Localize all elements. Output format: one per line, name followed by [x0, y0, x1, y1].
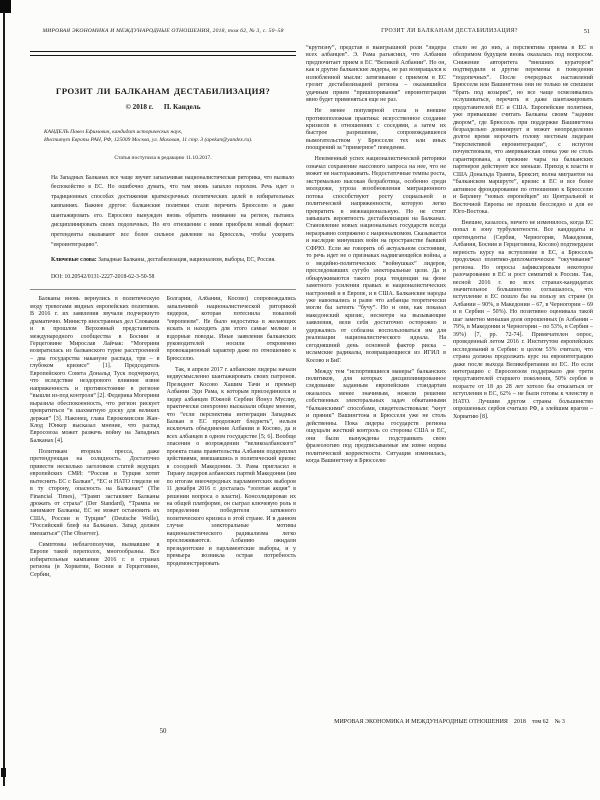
- body-paragraph: Политикам вторила пресса, даже претендую…: [30, 449, 160, 538]
- double-rule: [30, 51, 296, 56]
- scan-artifact-edge-blob: [1, 768, 6, 777]
- keywords-text: Западные Балканы, дестабилизация, национ…: [97, 257, 276, 263]
- received-date-line: Статья поступила в редакцию 11.10.2017.: [30, 155, 296, 161]
- running-head-left: МИРОВАЯ ЭКОНОМИКА И МЕЖДУНАРОДНЫЕ ОТНОШЕ…: [30, 28, 296, 34]
- journal-footer: МИРОВАЯ ЭКОНОМИКА И МЕЖДУНАРОДНЫЕ ОТНОШЕ…: [306, 719, 593, 725]
- page-51: ГРОЗИТ ЛИ БАЛКАНАМ ДЕСТАБИЛИЗАЦИЯ? 51 “к…: [306, 28, 593, 776]
- author-affiliation-line-1: КАНДЕЛЬ Павел Ефимович, кандидат историч…: [44, 128, 296, 137]
- abstract: На Западных Балканах все чаще звучит зап…: [51, 174, 294, 251]
- body-paragraph: Внешне, казалось, ничего не изменилось, …: [453, 220, 593, 421]
- body-paragraph: Болгарии, Албании, Косово) сопровождалис…: [167, 296, 297, 363]
- author-affiliation: КАНДЕЛЬ Павел Ефимович, кандидат историч…: [44, 128, 296, 145]
- author-affiliation-line-2: Институт Европы РАН, РФ, 125009 Москва, …: [44, 136, 296, 145]
- body-columns-right-page: “крутизну”, представ в выигрышной роли “…: [306, 45, 593, 697]
- running-head-right: ГРОЗИТ ЛИ БАЛКАНАМ ДЕСТАБИЛИЗАЦИЯ? 51: [306, 28, 593, 34]
- journal-spread-scan: МИРОВАЯ ЭКОНОМИКА И МЕЖДУНАРОДНЫЕ ОТНОШЕ…: [0, 0, 600, 800]
- body-paragraph: Не менее популярной стала и внешне проти…: [306, 108, 446, 153]
- keywords-label: Ключевые слова:: [51, 257, 97, 263]
- keywords-line: Ключевые слова: Западные Балканы, дестаб…: [51, 257, 294, 263]
- page-number-50: 50: [30, 728, 296, 735]
- article-title: ГРОЗИТ ЛИ БАЛКАНАМ ДЕСТАБИЛИЗАЦИЯ?: [30, 86, 296, 96]
- column-1: Балканы вновь вернулись в политическую м…: [30, 296, 160, 648]
- page-50: МИРОВАЯ ЭКОНОМИКА И МЕЖДУНАРОДНЫЕ ОТНОШЕ…: [30, 28, 296, 776]
- scan-artifact-corner: [0, 0, 11, 13]
- body-columns-left-page: Балканы вновь вернулись в политическую м…: [30, 296, 296, 648]
- body-paragraph: Неизменный успех националистической рито…: [306, 156, 446, 365]
- body-paragraph: Так, в апреле 2017 г. албанские лидеры н…: [167, 367, 297, 568]
- body-paragraph: “крутизну”, представ в выигрышной роли “…: [306, 45, 446, 105]
- copyright-author-line: © 2018 г. П. Кандель: [30, 103, 296, 111]
- scan-artifact-edge-line: [3, 12, 5, 786]
- body-paragraph: Симптомы неблагополучия, вызвавшие в Евр…: [30, 542, 160, 579]
- running-head-right-title: ГРОЗИТ ЛИ БАЛКАНАМ ДЕСТАБИЛИЗАЦИЯ?: [381, 28, 518, 34]
- page-number-51: 51: [584, 28, 590, 35]
- column-1: “крутизну”, представ в выигрышной роли “…: [306, 45, 446, 697]
- section-rule: [30, 289, 296, 290]
- doi-line: DOI: 10.20542/0131-2227-2018-62-3-50-58: [51, 274, 294, 280]
- column-2: Болгарии, Албании, Косово) сопровождалис…: [167, 296, 297, 648]
- body-paragraph: Между тем “испортившиеся манеры” балканс…: [306, 369, 446, 466]
- body-paragraph: Балканы вновь вернулись в политическую м…: [30, 296, 160, 445]
- body-paragraph: стало не до них, а перспектива приема в …: [453, 45, 593, 216]
- column-2: стало не до них, а перспектива приема в …: [453, 45, 593, 697]
